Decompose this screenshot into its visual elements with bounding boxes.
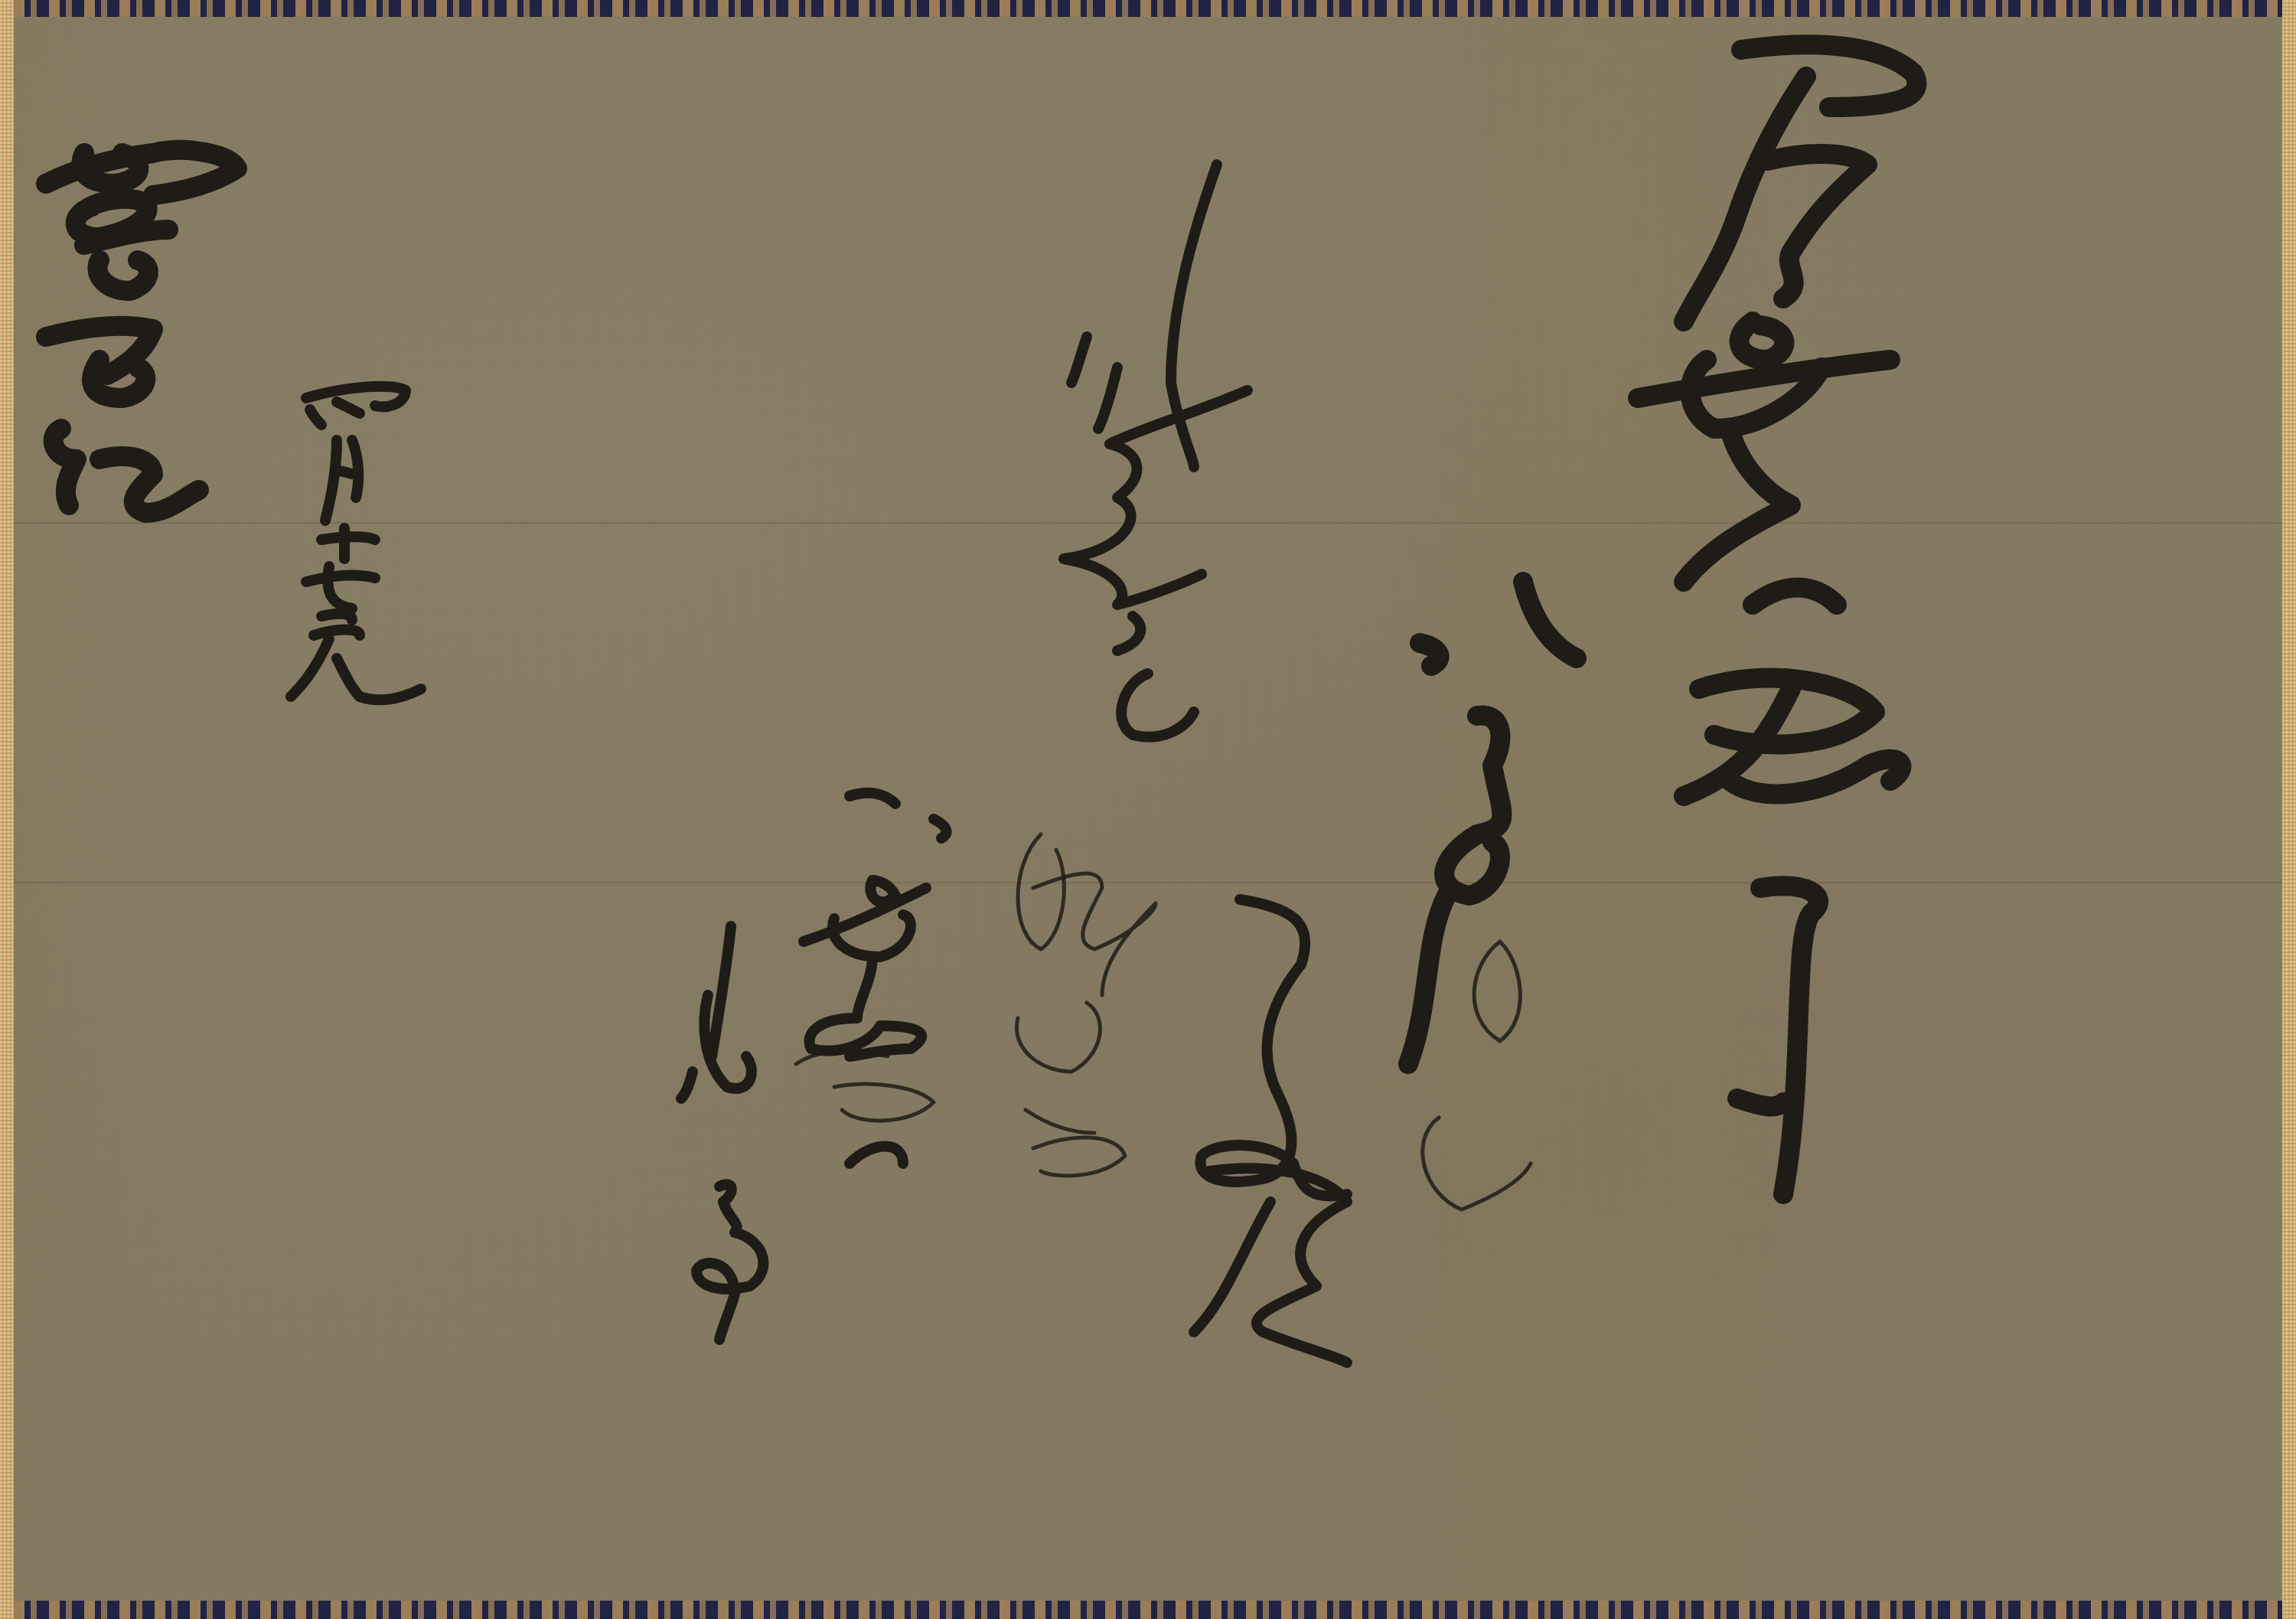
column-4-text: ゝ候之 bbox=[1133, 168, 1163, 260]
column-2-text: 八幡之 bbox=[1454, 582, 1485, 674]
column-1-strokes bbox=[1638, 44, 1916, 1194]
column-2-strokes bbox=[1408, 582, 1577, 1064]
column-6-text: 謹言 bbox=[712, 926, 742, 987]
signature: 宗因 bbox=[115, 153, 145, 214]
column-2-light-strokes bbox=[1423, 942, 1531, 1209]
column-5-text: 六ケ敷恐々 bbox=[850, 796, 880, 949]
column-6-strokes bbox=[681, 926, 763, 1340]
column-5-light-strokes bbox=[796, 1051, 934, 1121]
column-1-text: 畏悦之外候 bbox=[1707, 46, 1737, 199]
column-4-light-strokes bbox=[1016, 834, 1156, 1176]
date-line: 四月十七夜 bbox=[337, 390, 367, 543]
column-3-text: ミ之度 bbox=[1255, 896, 1286, 987]
